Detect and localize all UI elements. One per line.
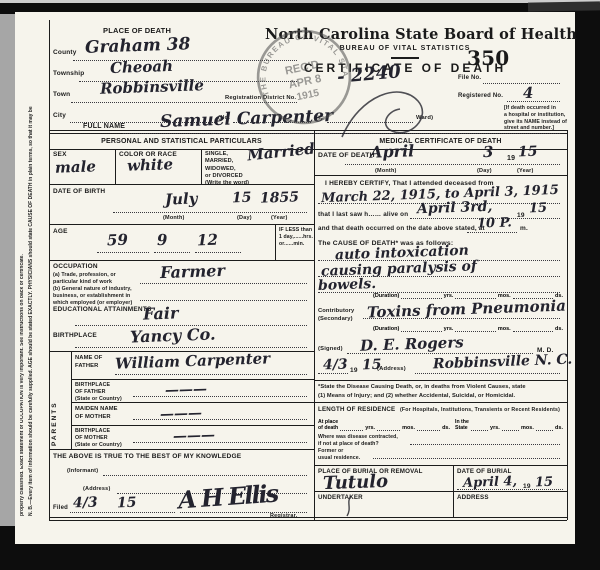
scan-left-gray-strip [0,14,15,526]
dob-day-value: 15 [232,190,252,207]
registrar-signature: A H Ellis [177,479,278,515]
duration-fill [455,331,495,332]
bottom-double-rule-2 [49,520,567,521]
sex-cell-divider [115,149,116,184]
mother-maiden-label: MAIDEN NAME OF MOTHER [75,406,118,421]
residence-fill [340,430,363,431]
county-label: County [53,49,77,56]
occupation-b-line [140,300,307,301]
county-value: Graham 38 [85,34,191,58]
occupation-value: Farmer [160,261,225,282]
full-name-label: FULL NAME [83,123,125,130]
duration-fill [513,331,553,332]
signed-date-value: 4/3 [323,357,348,374]
physician-signature: D. E. Rogers [360,333,464,355]
informant-line [103,475,307,476]
column-divider [314,130,315,520]
race-cell-divider [201,149,202,184]
residence-fill [536,430,553,431]
dod-day-value: 3 [483,143,494,161]
place-of-death-title: PLACE OF DEATH [103,26,171,35]
parents-label: PARENTS [51,356,58,446]
physician-address-line [415,373,560,374]
margin-note-line2: properly classified. Exact statement of … [20,78,26,516]
registrar-label: Registrar. [270,513,297,519]
margin-note: properly classified. Exact statement of … [20,78,34,516]
age-days-line [195,252,241,253]
hospital-note: [If death occurred in a hospital or inst… [504,105,568,132]
duration-fill [401,298,441,299]
filed-label: Filed [53,505,68,511]
residence-title: LENGTH OF RESIDENCE [318,406,395,413]
ds-label: ds. [555,425,563,431]
sex-value: male [55,157,96,176]
contracted-label: Where was disease contracted, if not at … [318,434,398,448]
dod-year-printed: 19 [507,155,515,162]
registered-no-label: Registered No. [458,93,503,99]
scan-top-right-blob [528,1,600,11]
township-label: Township [53,70,84,77]
education-label: EDUCATIONAL ATTAINMENTS [53,306,151,313]
residence-in-state-row: In the State yrs. mos. ds. [455,416,563,431]
residence-fill [417,430,440,431]
signed-date-line [318,373,348,374]
signed-label: (Signed) [318,346,343,352]
margin-note-line1: N. B.—Every item of information should b… [29,78,35,516]
parents-bottom-rule [49,449,314,450]
yrs-label: yrs. [444,293,454,299]
mother-birthplace-label: BIRTHPLACE OF MOTHER (State or Country) [75,428,122,449]
death-time-value: 10 P. [477,215,512,231]
cause-footnote: *State the Disease Causing Death, or, in… [318,383,564,400]
footnote-bottom-rule [314,402,567,403]
file-no-label: File No. [458,75,481,81]
bureau-rule [391,57,419,59]
age-days-value: 12 [197,231,218,250]
received-stamp: THE BUREAU OF VITAL STATISTICS REC'D APR… [244,17,365,138]
residence-fill [471,430,488,431]
dob-year-value: 1855 [260,189,300,206]
parents-row3-rule [71,425,314,426]
mother-maiden-value: ——— [160,405,203,422]
scan-top-strip [0,0,600,3]
occupation-b-label: (b) General nature of industry, business… [53,286,132,307]
father-birthplace-line [133,396,307,397]
township-value: Cheoah [110,57,174,77]
age-bottom-rule [49,260,314,261]
residence-title-sub: (For Hospitals, Institutions, Transients… [400,407,560,413]
mos-label: mos. [402,425,415,431]
yrs-label: yrs. [490,425,500,431]
duration-label: (Duration) [373,293,399,299]
former-residence-line [373,458,560,459]
birthplace-line [75,347,307,348]
marital-label: SINGLE, MARRIED, WIDOWED, or DIVORCED (W… [205,151,249,187]
if-less-box-divider [275,224,276,260]
dob-month-value: July [165,189,198,208]
informant-label: (Informant) [67,468,98,474]
father-name-line [115,374,307,375]
yrs-label: yrs. [365,425,375,431]
filed-line [70,512,175,513]
occupation-label: OCCUPATION [53,263,98,270]
death-certificate-page: properly classified. Exact statement of … [15,12,575,544]
age-years-value: 59 [107,231,128,250]
parents-row2-rule [71,402,314,403]
if-less-note: IF LESS than 1 day,......hrs. or......mi… [279,227,313,247]
ds-label: ds. [555,326,563,332]
contributory-duration-row: (Duration) yrs. mos. ds. [373,321,563,332]
dob-year-label: (Year) [271,215,288,221]
death-at-label: and that death occurred on the date abov… [318,225,485,232]
top-double-rule-1 [49,130,567,131]
burial-place-value: Tutulo [323,471,389,494]
age-label: AGE [53,228,68,235]
dob-month-label: (Month) [163,215,185,221]
dod-year-value: 15 [518,144,538,161]
color-race-value: white [127,155,174,175]
town-value: Robbinsville [100,76,204,98]
city-label: City [53,112,66,119]
dob-day-label: (Day) [237,215,252,221]
father-name-label: NAME OF FATHER [75,355,102,370]
dod-month-label: (Month) [375,168,397,174]
age-months-value: 9 [157,231,168,249]
burial-date-year-value: 15 [535,475,554,491]
row1-bottom-rule [49,184,314,185]
residence-fill [502,430,519,431]
mos-label: mos. [521,425,534,431]
ds-label: ds. [442,425,450,431]
last-saw-year-value: 15 [529,201,548,217]
yrs-label: yrs. [444,326,454,332]
attestation-text: THE ABOVE IS TRUE TO THE BEST OF MY KNOW… [53,453,241,460]
dod-month-value: April [370,141,415,162]
contributory-line [363,318,560,319]
father-name-value: William Carpenter [115,349,271,372]
age-months-line [154,252,190,253]
education-value: Fair [143,303,179,323]
mother-birthplace-line [133,442,307,443]
occupation-a-label: (a) Trade, profession, or particular kin… [53,272,116,286]
duration-fill [401,331,441,332]
at-place-label: At place of death [318,419,338,431]
dob-line [113,212,307,213]
sex-label: SEX [53,151,67,158]
father-birthplace-label: BIRTHPLACE OF FATHER (State or Country) [75,382,122,403]
mos-label: mos. [498,326,511,332]
last-saw-label: that I last saw h…… alive on [318,211,408,218]
birthplace-label: BIRTHPLACE [53,332,97,339]
contracted-line [410,444,560,445]
contributory-label: Contributory (Secondary) [318,308,354,323]
in-state-label: In the State [455,419,469,431]
signed-year-printed: 19 [350,367,358,374]
residence-fill [377,430,400,431]
mother-maiden-line [133,419,307,420]
occupation-a-line [140,283,307,284]
filed-date-value: 4/3 [73,495,98,512]
footnote-top-rule [314,380,567,381]
undertaker-mark [343,495,355,517]
birthplace-value: Yancy Co. [130,325,216,347]
parents-strip-divider [71,351,72,449]
informant-address-label: (Address) [83,486,110,492]
dod-line [345,164,560,165]
physician-address-label: (Address) [377,366,406,372]
burial-date-line [457,489,563,490]
form-right-border [567,130,568,520]
parents-row1-rule [71,379,314,380]
date-of-death-label: DATE OF DEATH [318,152,375,159]
file-no-line [483,83,560,84]
stamp-year: 1915 [296,88,321,104]
burial-address-label: ADDRESS [457,494,489,501]
age-years-line [97,252,149,253]
town-label: Town [53,91,70,98]
bottom-double-rule-1 [49,517,567,518]
date-of-birth-label: DATE OF BIRTH [53,188,105,195]
last-saw-value: April 3rd, [417,199,493,218]
filed-year-value: 15 [117,495,137,512]
registered-no-value: 4 [523,84,534,102]
undertaker-label: UNDERTAKER [318,494,363,501]
dod-bottom-rule [314,175,567,176]
printed-certificate-number: 350 [467,46,509,70]
physician-address-value: Robbinsville N. C. [433,352,573,373]
dod-year-label: (Year) [517,168,534,174]
former-residence-label: Former or usual residence. [318,448,360,462]
death-time-m-label: m. [520,225,528,232]
duration-label: (Duration) [373,326,399,332]
death-time-line [467,232,517,233]
dod-day-label: (Day) [477,168,492,174]
residence-at-place-row: At place of death yrs. mos. ds. [318,416,450,431]
burial-top-rule [314,465,567,466]
